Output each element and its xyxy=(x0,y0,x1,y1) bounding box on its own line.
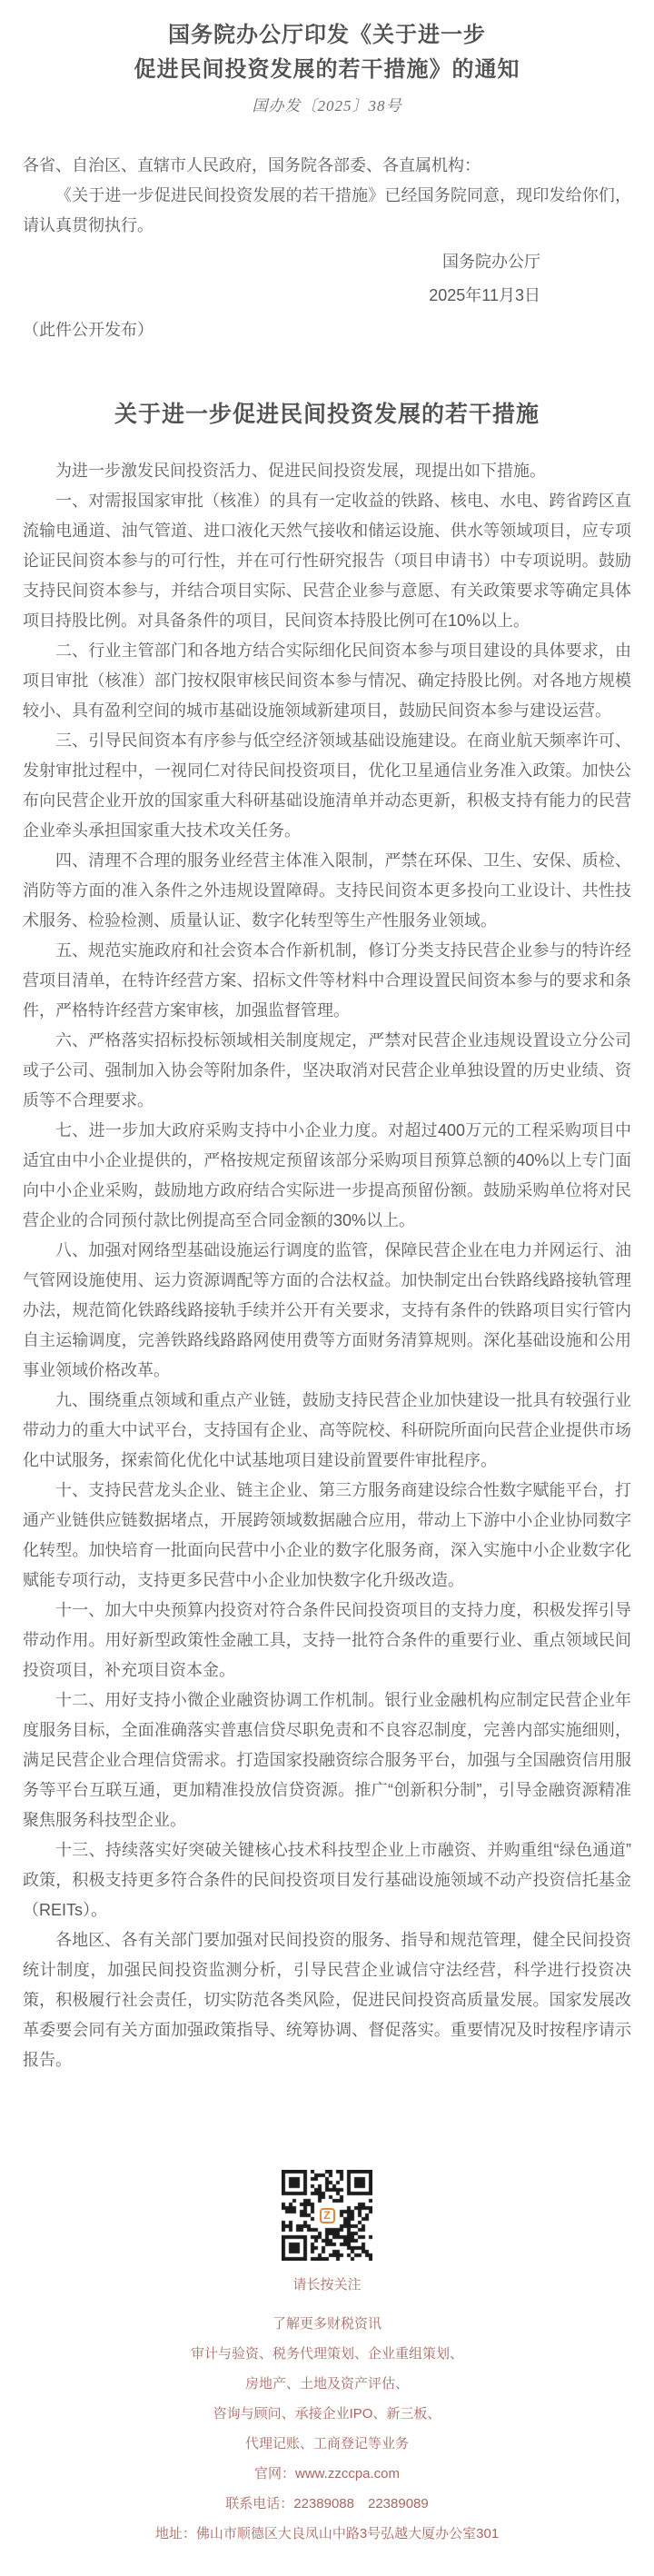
measure-paragraph: 十二、用好支持小微企业融资协调工作机制。银行业金融机构应制定民营企业年度服务目标… xyxy=(23,1686,631,1835)
issuer: 国务院办公厅 xyxy=(23,248,540,276)
measure-paragraph: 九、围绕重点领域和重点产业链，鼓励支持民营企业加快建设一批具有较强行业带动力的重… xyxy=(23,1386,631,1476)
notice-title-line1: 国务院办公厅印发《关于进一步 xyxy=(23,18,631,53)
measure-paragraph: 一、对需报国家审批（核准）的具有一定收益的铁路、核电、水电、跨省跨区直流输电通道… xyxy=(23,486,631,636)
measure-paragraph: 五、规范实施政府和社会资本合作新机制，修订分类支持民营企业参与的特许经营项目清单… xyxy=(23,936,631,1026)
qr-caption-2: 了解更多财税资讯 xyxy=(23,2309,631,2339)
qr-caption-1: 请长按关注 xyxy=(23,2270,631,2300)
measure-paragraph: 为进一步激发民间投资活力、促进民间投资发展，现提出如下措施。 xyxy=(23,456,631,486)
measure-paragraph: 十一、加大中央预算内投资对符合条件民间投资项目的支持力度，积极发挥引导带动作用。… xyxy=(23,1596,631,1686)
service-list: 审计与验资、税务代理策划、企业重组策划、房地产、土地及资产评估、咨询与顾问、承接… xyxy=(23,2339,631,2459)
service-line: 代理记账、工商登记等业务 xyxy=(23,2429,631,2459)
footer: 请长按关注 了解更多财税资讯 审计与验资、税务代理策划、企业重组策划、房地产、土… xyxy=(23,2270,631,2549)
measure-paragraph: 十三、持续落实好突破关键核心技术科技型企业上市融资、并购重组“绿色通道”政策，积… xyxy=(23,1835,631,1925)
service-line: 审计与验资、税务代理策划、企业重组策划、 xyxy=(23,2339,631,2369)
salutation: 各省、自治区、直辖市人民政府，国务院各部委、各直属机构： xyxy=(23,151,631,181)
notice-title-line2: 促进民间投资发展的若干措施》的通知 xyxy=(23,53,631,87)
issue-date: 2025年11月3日 xyxy=(23,282,540,310)
intro-paragraph: 《关于进一步促进民间投资发展的若干措施》已经国务院同意，现印发给你们，请认真贯彻… xyxy=(23,181,631,241)
signature-block: 国务院办公厅 2025年11月3日 xyxy=(23,248,631,310)
measure-paragraph: 六、严格落实招标投标领域相关制度规定，严禁对民营企业违规设置设立分公司或子公司、… xyxy=(23,1026,631,1116)
measures-body: 为进一步激发民间投资活力、促进民间投资发展，现提出如下措施。一、对需报国家审批（… xyxy=(23,456,631,2075)
qr-center-logo: Z xyxy=(316,2204,338,2226)
publish-note: （此件公开发布） xyxy=(23,315,631,345)
qr-block: Z xyxy=(23,2170,631,2261)
measure-paragraph: 二、行业主管部门和各地方结合实际细化民间资本参与项目建设的具体要求，由项目审批（… xyxy=(23,636,631,726)
service-line: 房地产、土地及资产评估、 xyxy=(23,2369,631,2399)
measure-paragraph: 十、支持民营龙头企业、链主企业、第三方服务商建设综合性数字赋能平台，打通产业链供… xyxy=(23,1476,631,1596)
service-line: 咨询与顾问、承接企业IPO、新三板、 xyxy=(23,2399,631,2429)
website: 官网：www.zzccpa.com xyxy=(23,2459,631,2489)
address: 地址：佛山市顺德区大良凤山中路3号弘越大厦办公室301 xyxy=(23,2519,631,2549)
phone: 联系电话：22389088 22389089 xyxy=(23,2489,631,2519)
qr-logo-letter: Z xyxy=(320,2208,335,2223)
doc-number: 国办发〔2025〕38号 xyxy=(23,94,631,118)
measure-paragraph: 七、进一步加大政府采购支持中小企业力度。对超过400万元的工程采购项目中适宜由中… xyxy=(23,1116,631,1236)
qr-code[interactable]: Z xyxy=(282,2170,372,2261)
contact-block: 官网：www.zzccpa.com 联系电话：22389088 22389089… xyxy=(23,2459,631,2549)
measure-paragraph: 各地区、各有关部门要加强对民间投资的服务、指导和规范管理，健全民间投资统计制度，… xyxy=(23,1925,631,2075)
notice-title: 国务院办公厅印发《关于进一步 促进民间投资发展的若干措施》的通知 xyxy=(23,18,631,87)
measure-paragraph: 三、引导民间资本有序参与低空经济领域基础设施建设。在商业航天频率许可、发射审批过… xyxy=(23,726,631,846)
measure-paragraph: 四、清理不合理的服务业经营主体准入限制，严禁在环保、卫生、安保、质检、消防等方面… xyxy=(23,846,631,936)
article-page: 国务院办公厅印发《关于进一步 促进民间投资发展的若干措施》的通知 国办发〔202… xyxy=(0,0,654,2576)
measures-heading: 关于进一步促进民间投资发展的若干措施 xyxy=(23,398,631,431)
measure-paragraph: 八、加强对网络型基础设施运行调度的监管，保障民营企业在电力并网运行、油气管网设施… xyxy=(23,1236,631,1386)
